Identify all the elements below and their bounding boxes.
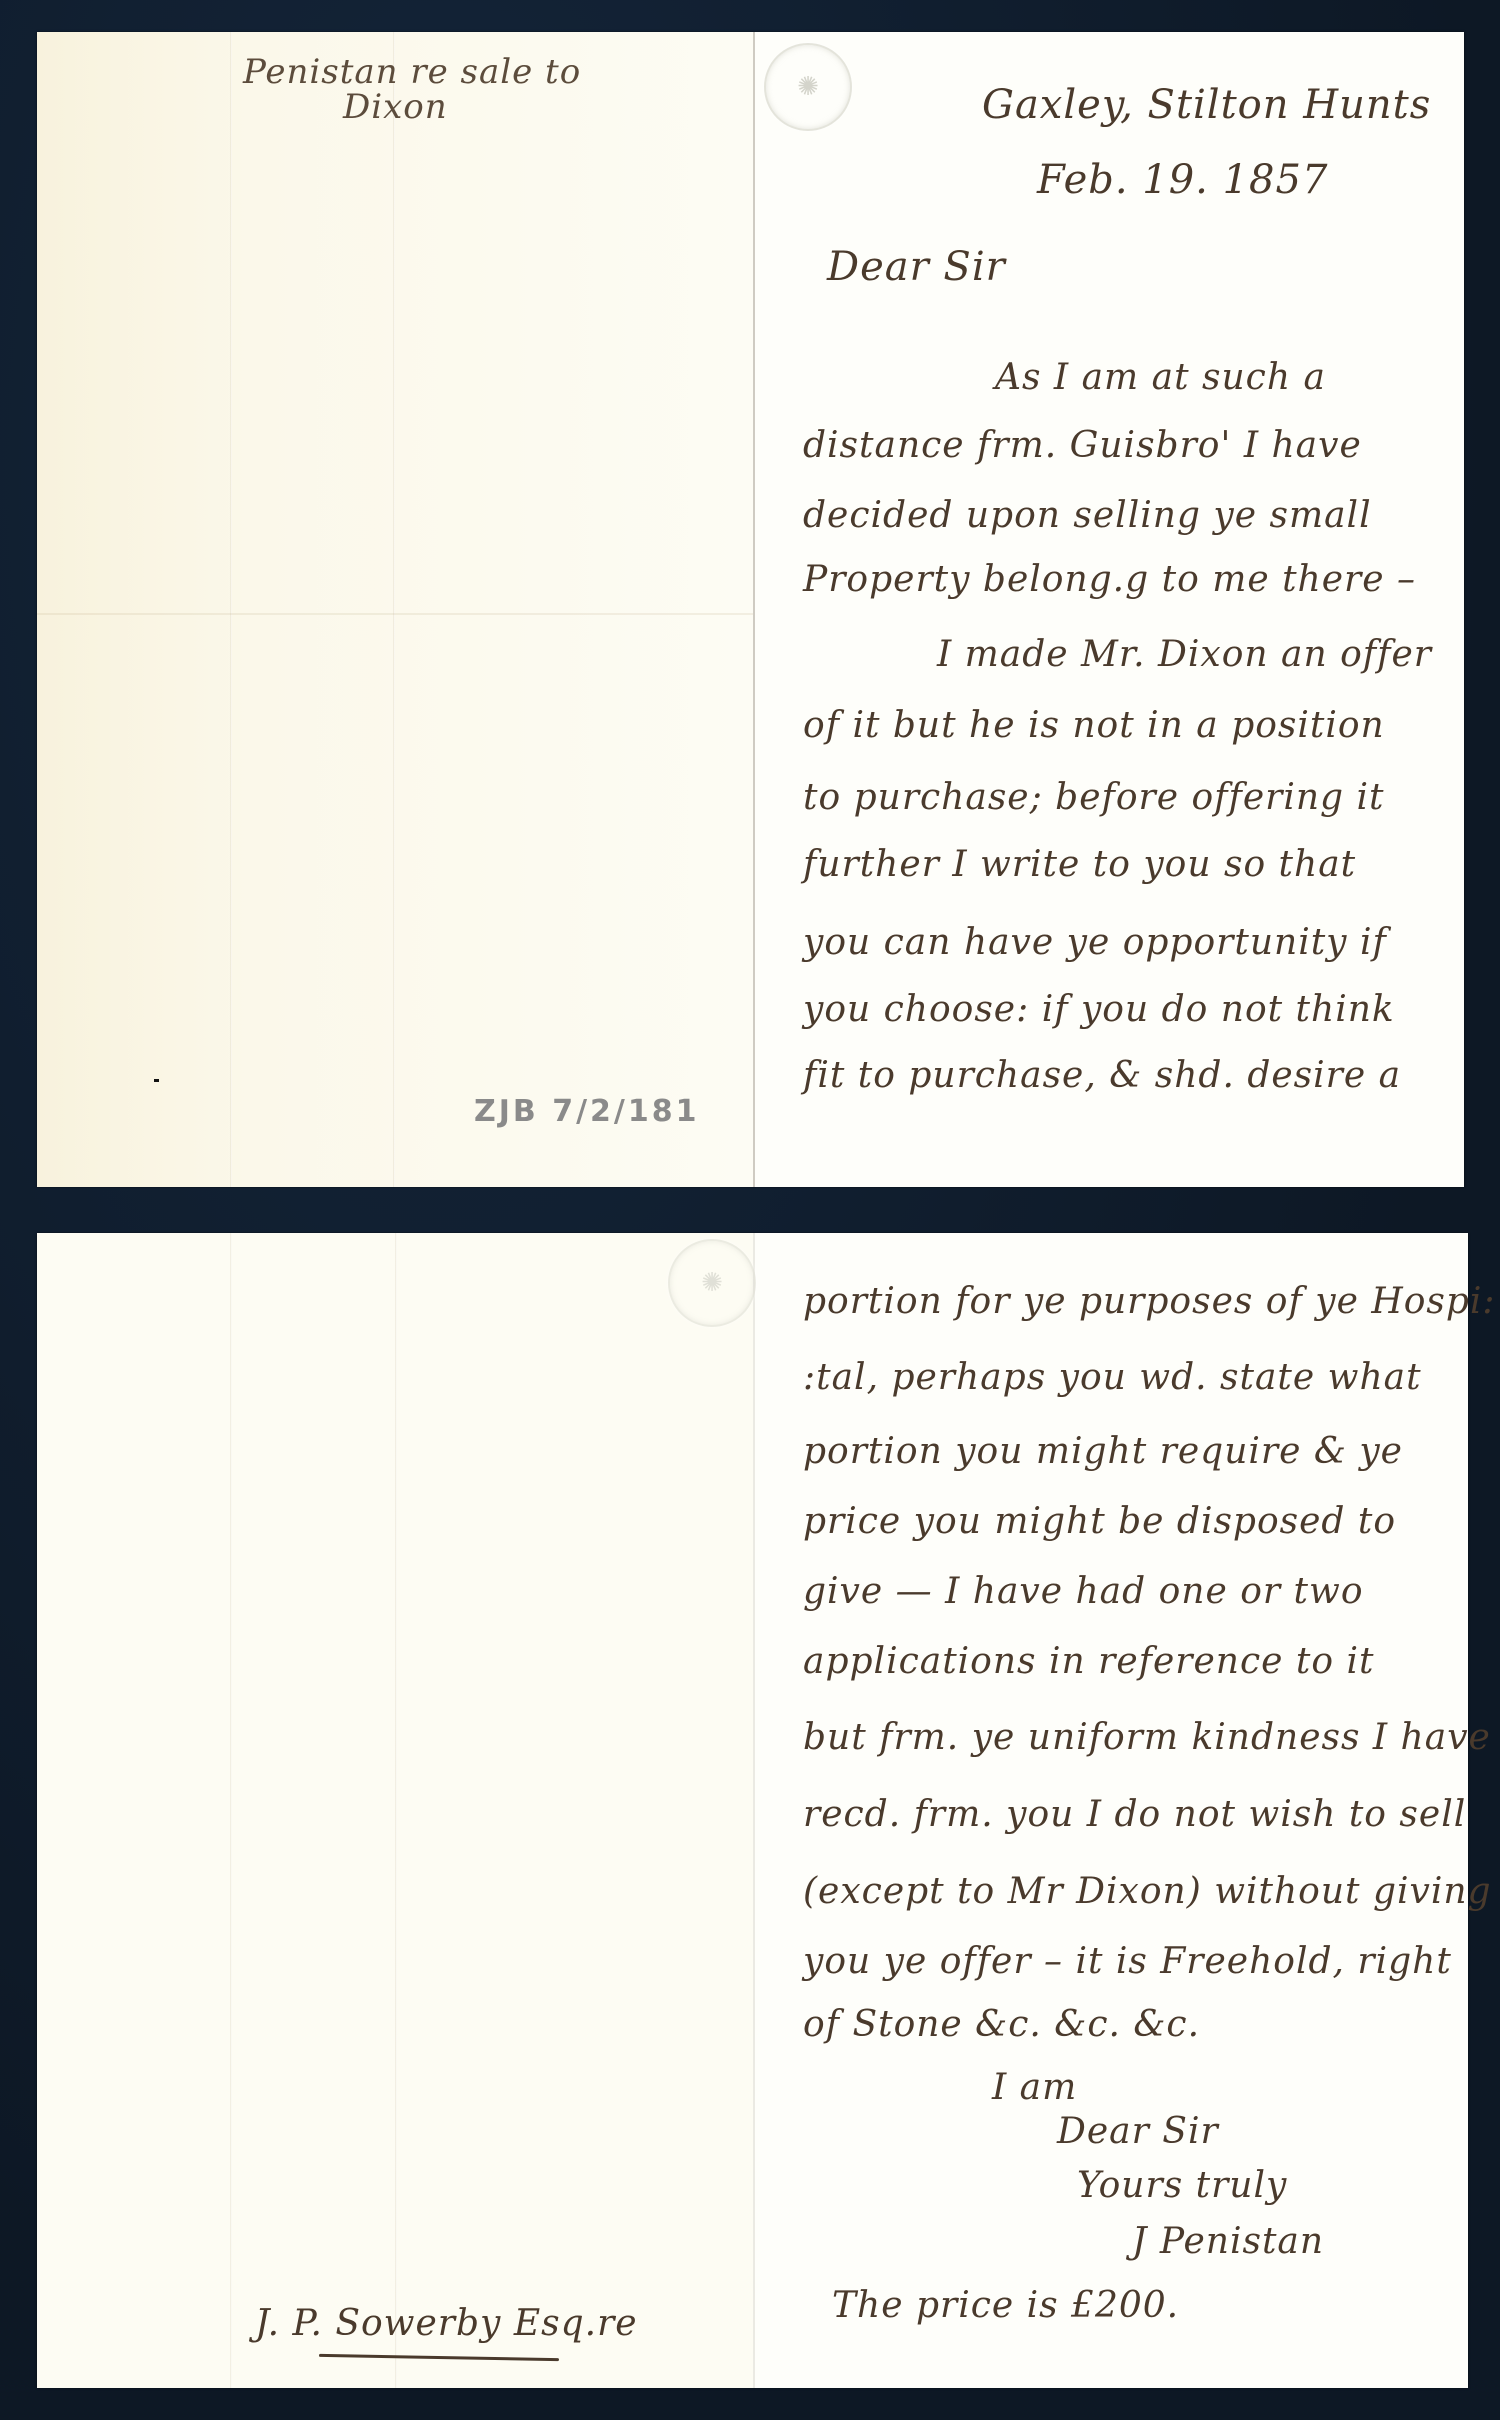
body-line: give — I have had one or two: [803, 1571, 1364, 1612]
postscript-price: The price is £200.: [832, 2285, 1179, 2326]
body-line: fit to purchase, & shd. desire a: [803, 1055, 1401, 1096]
sender-address: Gaxley, Stilton Hunts: [982, 82, 1431, 128]
body-line: of Stone &c. &c. &c.: [803, 2004, 1200, 2045]
salutation: Dear Sir: [827, 244, 1006, 290]
body-line: (except to Mr Dixon) without giving: [803, 1871, 1492, 1912]
letter-date: Feb. 19. 1857: [1037, 157, 1328, 203]
closing-line: Dear Sir: [1057, 2111, 1219, 2152]
embossed-seal-icon: ✺: [764, 43, 852, 131]
fold-line: [230, 32, 232, 1187]
outer-page: [37, 32, 753, 1187]
body-line: As I am at such a: [995, 357, 1326, 398]
archive-reference: ZJB 7/2/181: [474, 1094, 700, 1129]
body-line: further I write to you so that: [803, 844, 1356, 885]
body-line: you choose: if you do not think: [803, 989, 1395, 1030]
docket-note-line: Dixon: [343, 87, 448, 127]
closing-line: Yours truly: [1077, 2165, 1287, 2206]
embossed-seal-icon: ✺: [668, 1239, 756, 1327]
body-line: distance frm. Guisbro' I have: [803, 425, 1362, 466]
letter-sheet-top: ✺ Penistan re sale to Dixon ZJB 7/2/181 …: [37, 32, 1464, 1187]
body-line: you can have ye opportunity if: [803, 922, 1387, 963]
page-divider: [753, 32, 755, 1187]
fold-line: [37, 613, 753, 615]
body-line: applications in reference to it: [803, 1641, 1374, 1682]
body-line: :tal, perhaps you wd. state what: [803, 1357, 1422, 1398]
body-line: I made Mr. Dixon an offer: [937, 634, 1432, 675]
body-line: price you might be disposed to: [803, 1501, 1396, 1542]
body-line: to purchase; before offering it: [803, 777, 1385, 818]
fold-line: [395, 1233, 397, 2388]
body-line: you ye offer – it is Freehold, right: [803, 1941, 1452, 1982]
docket-note-line: Penistan re sale to: [243, 52, 581, 92]
body-line: but frm. ye uniform kindness I have: [803, 1717, 1491, 1758]
closing-line: I am: [992, 2067, 1077, 2108]
addressee: J. P. Sowerby Esq.re: [255, 2303, 638, 2344]
body-line: of it but he is not in a position: [803, 705, 1385, 746]
body-line: portion you might require & ye: [803, 1431, 1403, 1472]
body-line: recd. frm. you I do not wish to sell: [803, 1794, 1466, 1835]
fold-line: [393, 32, 395, 1187]
body-line: portion for ye purposes of ye Hospi:: [803, 1281, 1496, 1322]
signature: J Penistan: [1132, 2221, 1324, 2262]
ink-spot: [154, 1079, 159, 1082]
body-line: Property belong.g to me there –: [803, 559, 1416, 600]
letter-sheet-bottom: ✺ portion for ye purposes of ye Hospi: :…: [37, 1233, 1468, 2388]
body-line: decided upon selling ye small: [803, 495, 1372, 536]
page-divider: [753, 1233, 755, 2388]
fold-line: [230, 1233, 232, 2388]
